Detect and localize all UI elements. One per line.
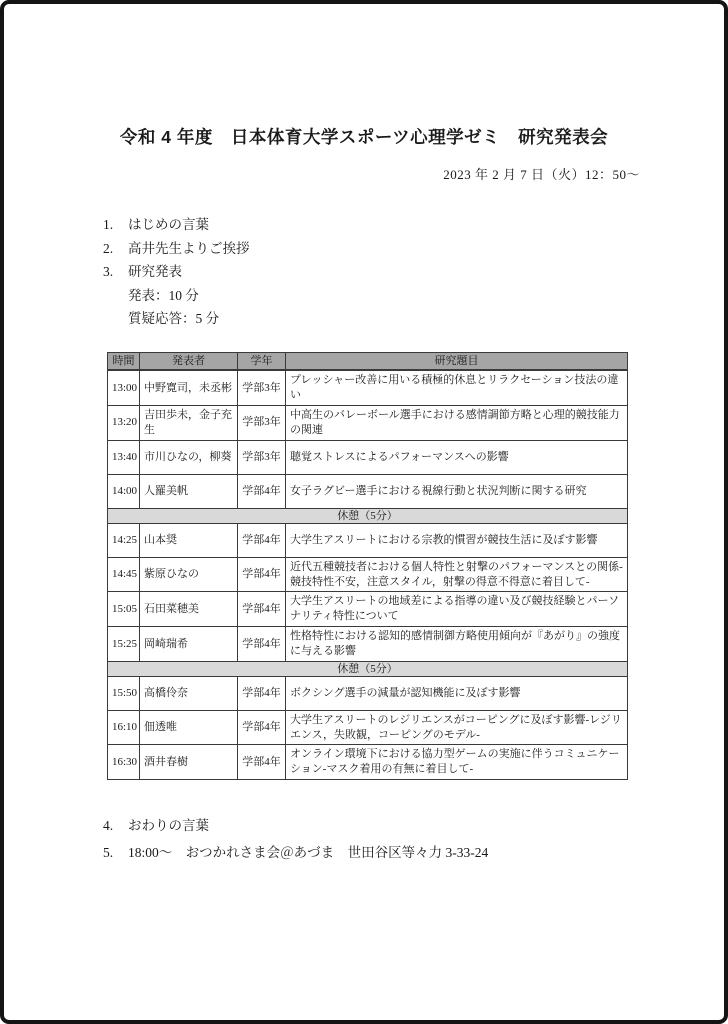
cell-grade: 学部3年 [238,406,286,441]
agenda-item-text: はじめの言葉 [128,213,209,237]
cell-presenter: 人羅美帆 [140,474,238,508]
col-header-grade: 学年 [238,352,286,370]
agenda-item-number: 1. [103,213,128,237]
cell-title: 大学生アスリートにおける宗教的慣習が競技生活に及ぼす影響 [286,523,628,557]
agenda-item: 5.18:00～ おつかれさま会＠あづま 世田谷区等々力 3-33-24 [103,839,728,866]
cell-grade: 学部4年 [238,745,286,780]
document-page: 令和 4 年度 日本体育大学スポーツ心理学ゼミ 研究発表会 2023 年 2 月… [0,0,728,1024]
cell-title: 近代五種競技者における個人特性と射撃のパフォーマンスとの関係-競技特性不安，注意… [286,557,628,592]
cell-title: 大学生アスリートのレジリエンスがコーピングに及ぼす影響-レジリエンス，失敗観，コ… [286,710,628,745]
cell-time: 14:25 [108,523,140,557]
page-date: 2023 年 2 月 7 日（火）12：50～ [0,164,640,183]
break-row: 休憩（5分） [108,661,628,676]
cell-time: 13:40 [108,440,140,474]
table-header-row: 時間 発表者 学年 研究題目 [108,352,628,370]
cell-time: 15:50 [108,676,140,710]
schedule-table-container: 時間 発表者 学年 研究題目 13:00中野寛司，未丞彬学部3年プレッシャー改善… [107,352,628,781]
agenda-list-top: 1.はじめの言葉2.高井先生よりご挨拶3.研究発表発表：10 分質疑応答：5 分 [103,213,728,331]
cell-grade: 学部3年 [238,370,286,405]
cell-time: 14:00 [108,474,140,508]
cell-grade: 学部4年 [238,592,286,627]
cell-presenter: 岡崎瑞希 [140,627,238,662]
cell-grade: 学部4年 [238,474,286,508]
break-label: 休憩（5分） [108,508,628,523]
table-row: 15:25岡崎瑞希学部4年性格特性における認知的感情制御方略使用傾向が『あがり』… [108,627,628,662]
agenda-item-text: おわりの言葉 [128,812,209,839]
cell-title: プレッシャー改善に用いる積極的休息とリラクセーション技法の違い [286,370,628,405]
table-row: 16:10佃透唯学部4年大学生アスリートのレジリエンスがコーピングに及ぼす影響-… [108,710,628,745]
cell-presenter: 紫原ひなの [140,557,238,592]
cell-title: ボクシング選手の減量が認知機能に及ぼす影響 [286,676,628,710]
table-row: 14:25山本奨学部4年大学生アスリートにおける宗教的慣習が競技生活に及ぼす影響 [108,523,628,557]
table-row: 16:30酒井春樹学部4年オンライン環境下における協力型ゲームの実施に伴うコミュ… [108,745,628,780]
agenda-sub-item: 発表：10 分 [128,284,728,308]
cell-presenter: 吉田歩未，金子充生 [140,406,238,441]
agenda-item-text: 研究発表 [128,260,182,284]
cell-presenter: 佃透唯 [140,710,238,745]
cell-presenter: 山本奨 [140,523,238,557]
col-header-time: 時間 [108,352,140,370]
table-row: 14:00人羅美帆学部4年女子ラグビー選手における視線行動と状況判断に関する研究 [108,474,628,508]
cell-title: 聴覚ストレスによるパフォーマンスへの影響 [286,440,628,474]
cell-title: 性格特性における認知的感情制御方略使用傾向が『あがり』の強度に与える影響 [286,627,628,662]
table-row: 13:40市川ひなの，柳葵学部3年聴覚ストレスによるパフォーマンスへの影響 [108,440,628,474]
agenda-item: 3.研究発表 [103,260,728,284]
agenda-item-text: 高井先生よりご挨拶 [128,237,250,261]
cell-presenter: 石田菜穂美 [140,592,238,627]
cell-presenter: 酒井春樹 [140,745,238,780]
agenda-sub-item: 質疑応答：5 分 [128,307,728,331]
agenda-item-number: 2. [103,237,128,261]
table-row: 15:05石田菜穂美学部4年大学生アスリートの地域差による指導の違い及び競技経験… [108,592,628,627]
cell-grade: 学部3年 [238,440,286,474]
cell-title: 女子ラグビー選手における視線行動と状況判断に関する研究 [286,474,628,508]
table-row: 13:00中野寛司，未丞彬学部3年プレッシャー改善に用いる積極的休息とリラクセー… [108,370,628,405]
cell-time: 13:00 [108,370,140,405]
cell-title: オンライン環境下における協力型ゲームの実施に伴うコミュニケーション-マスク着用の… [286,745,628,780]
cell-time: 16:10 [108,710,140,745]
cell-grade: 学部4年 [238,627,286,662]
cell-time: 15:25 [108,627,140,662]
agenda-item-text: 18:00～ おつかれさま会＠あづま 世田谷区等々力 3-33-24 [128,839,488,866]
schedule-table: 時間 発表者 学年 研究題目 13:00中野寛司，未丞彬学部3年プレッシャー改善… [107,352,628,781]
cell-presenter: 高橋伶奈 [140,676,238,710]
agenda-list-bottom: 4.おわりの言葉5.18:00～ おつかれさま会＠あづま 世田谷区等々力 3-3… [103,812,728,866]
cell-presenter: 市川ひなの，柳葵 [140,440,238,474]
break-label: 休憩（5分） [108,661,628,676]
cell-time: 16:30 [108,745,140,780]
cell-title: 中高生のバレーボール選手における感情調節方略と心理的競技能力の関連 [286,406,628,441]
col-header-presenter: 発表者 [140,352,238,370]
cell-time: 13:20 [108,406,140,441]
agenda-item-number: 3. [103,260,128,284]
cell-time: 14:45 [108,557,140,592]
agenda-item: 1.はじめの言葉 [103,213,728,237]
table-row: 15:50高橋伶奈学部4年ボクシング選手の減量が認知機能に及ぼす影響 [108,676,628,710]
agenda-item-number: 5. [103,839,128,866]
cell-grade: 学部4年 [238,557,286,592]
cell-grade: 学部4年 [238,710,286,745]
cell-presenter: 中野寛司，未丞彬 [140,370,238,405]
table-row: 14:45紫原ひなの学部4年近代五種競技者における個人特性と射撃のパフォーマンス… [108,557,628,592]
agenda-item: 4.おわりの言葉 [103,812,728,839]
cell-grade: 学部4年 [238,676,286,710]
cell-title: 大学生アスリートの地域差による指導の違い及び競技経験とパーソナリティ特性について [286,592,628,627]
page-title: 令和 4 年度 日本体育大学スポーツ心理学ゼミ 研究発表会 [0,124,728,149]
cell-time: 15:05 [108,592,140,627]
table-row: 13:20吉田歩未，金子充生学部3年中高生のバレーボール選手における感情調節方略… [108,406,628,441]
col-header-title: 研究題目 [286,352,628,370]
agenda-item-number: 4. [103,812,128,839]
break-row: 休憩（5分） [108,508,628,523]
agenda-item: 2.高井先生よりご挨拶 [103,237,728,261]
cell-grade: 学部4年 [238,523,286,557]
